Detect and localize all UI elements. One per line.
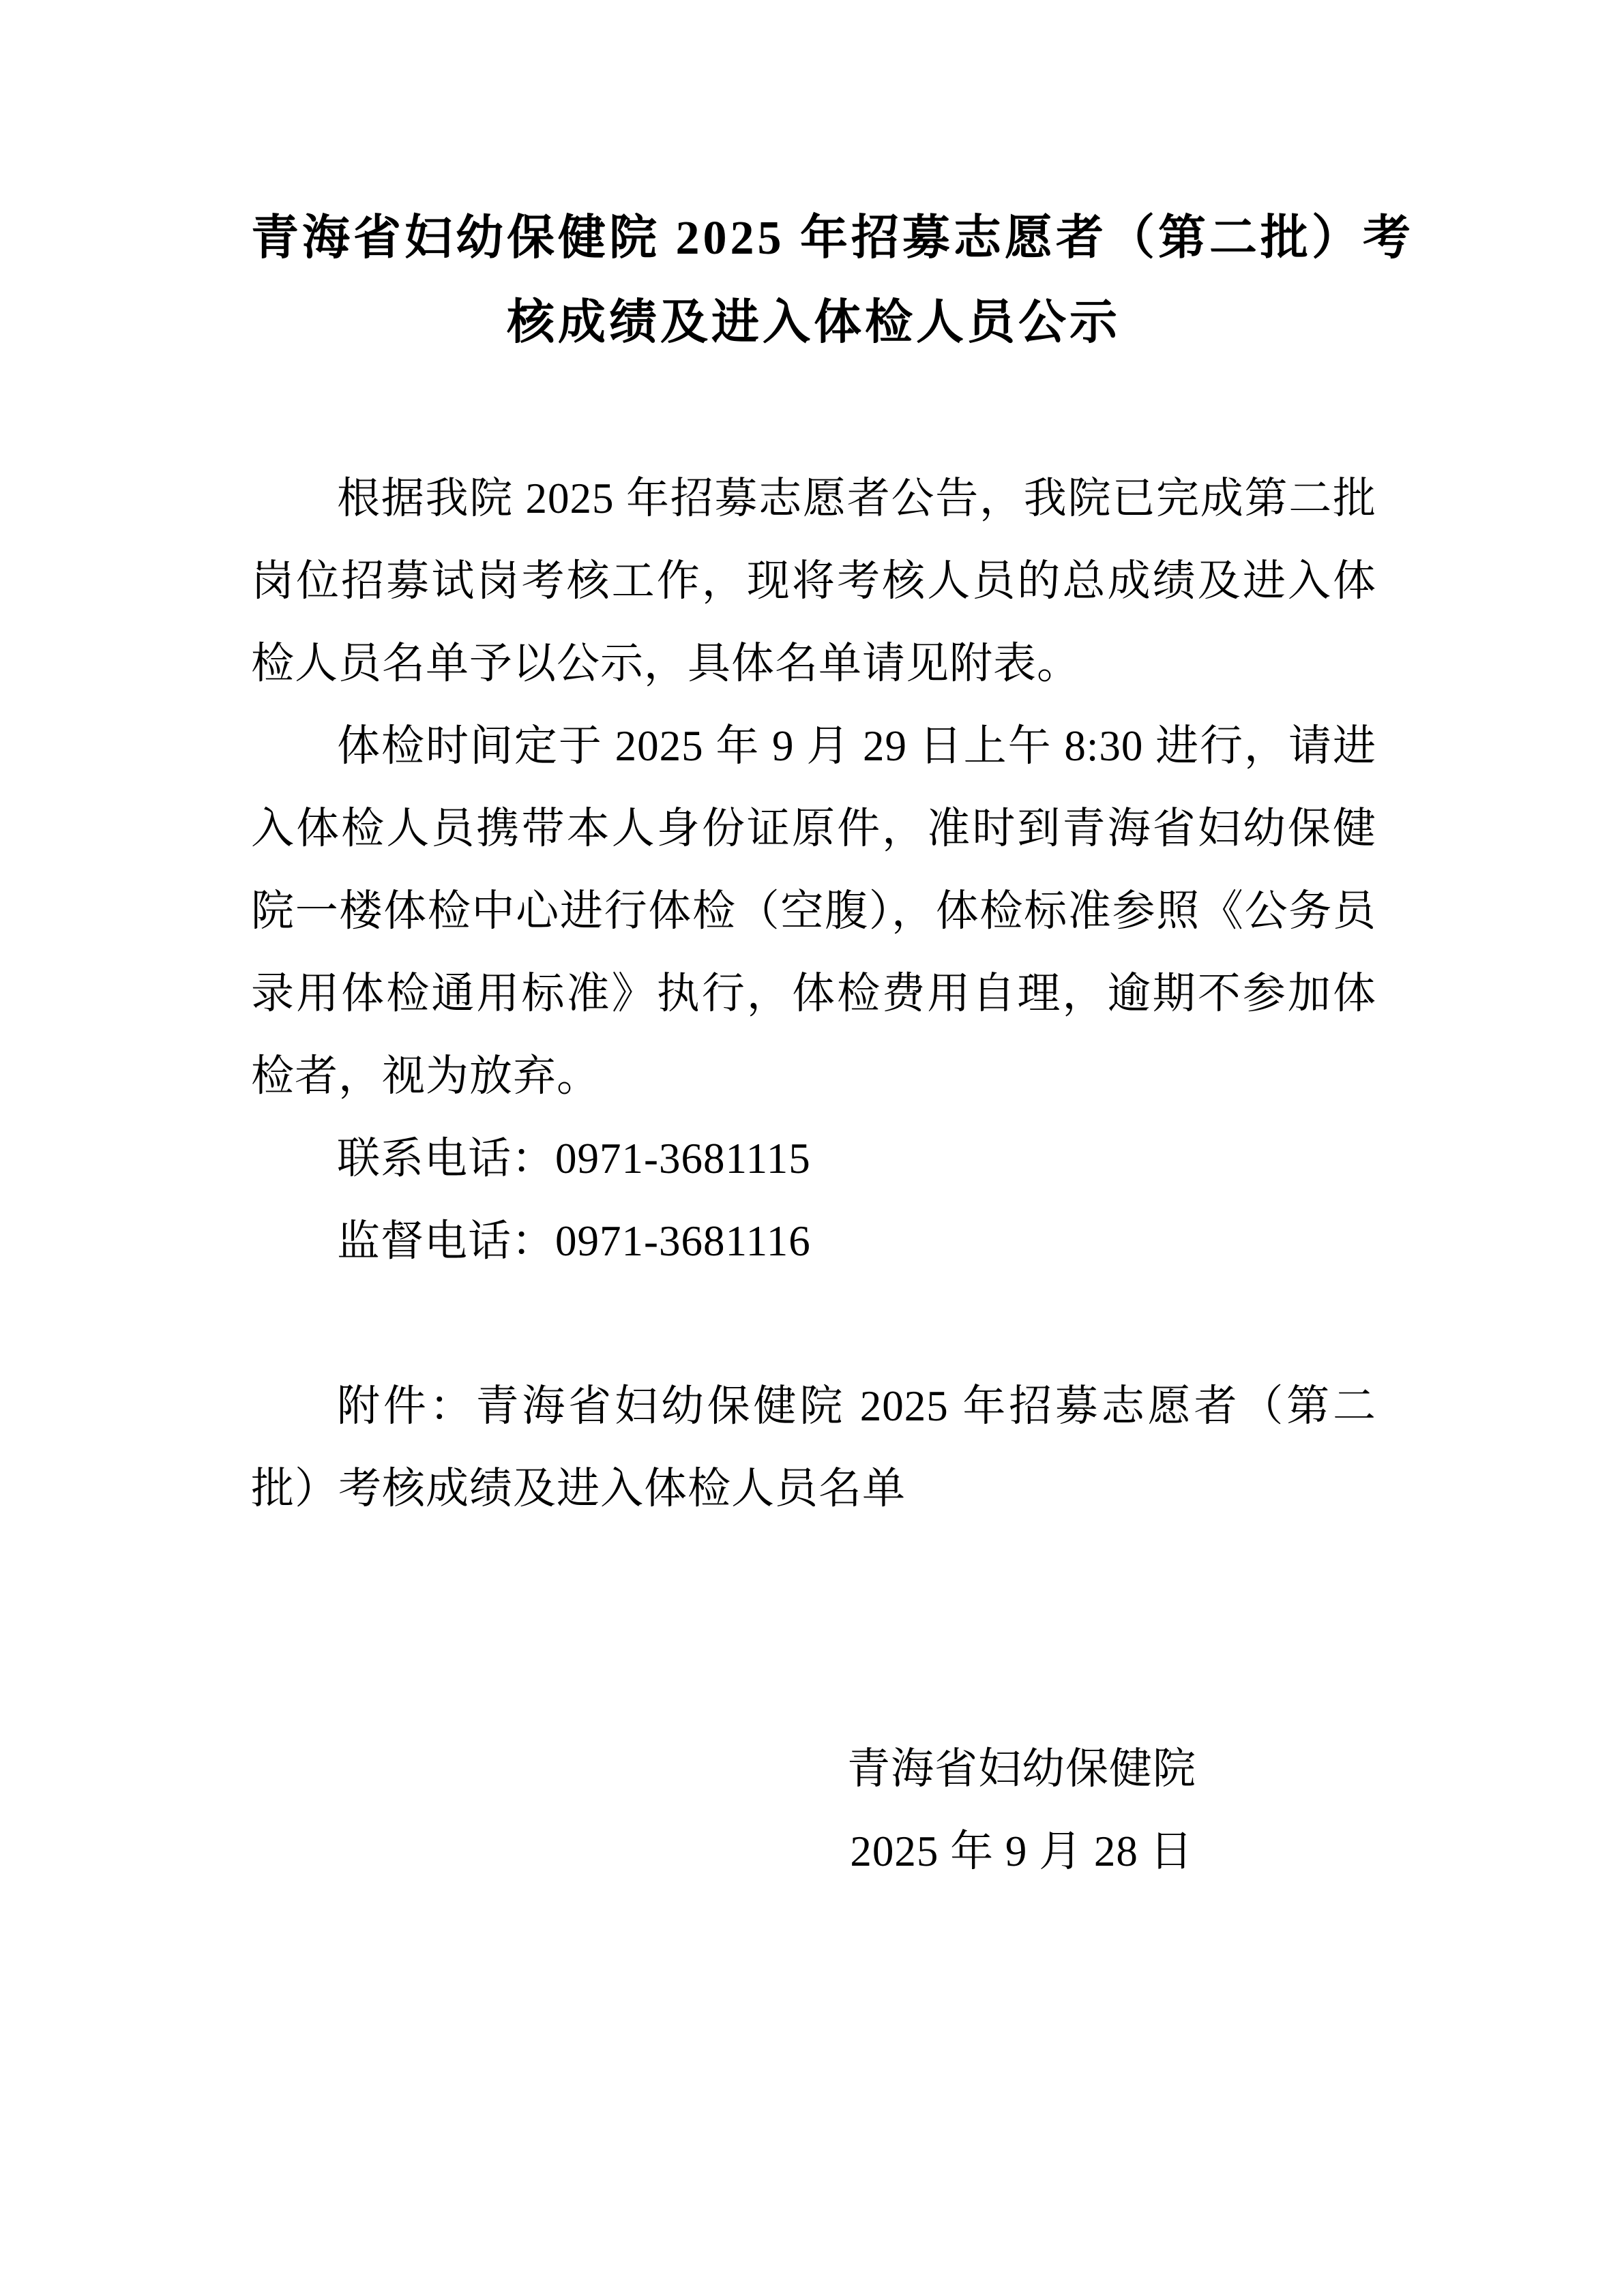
supervision-phone-line: 监督电话：0971-3681116 (251, 1200, 1376, 1283)
contact-phone-line: 联系电话：0971-3681115 (251, 1118, 1376, 1200)
document-title: 青海省妇幼保健院 2025 年招募志愿者（第二批）考 核成绩及进入体检人员公示 (251, 196, 1376, 366)
document-page: 青海省妇幼保健院 2025 年招募志愿者（第二批）考 核成绩及进入体检人员公示 … (0, 0, 1624, 2296)
signature-organization: 青海省妇幼保健院 (810, 1728, 1233, 1810)
attachment-line: 附件：青海省妇幼保健院 2025 年招募志愿者（第二批）考核成绩及进入体检人员名… (251, 1365, 1376, 1530)
title-line-2: 核成绩及进入体检人员公示 (251, 281, 1376, 366)
paragraph-recruitment-summary: 根据我院 2025 年招募志愿者公告，我院已完成第二批岗位招募试岗考核工作，现将… (251, 458, 1376, 705)
title-line-1: 青海省妇幼保健院 2025 年招募志愿者（第二批）考 (251, 196, 1376, 281)
paragraph-exam-details: 体检时间定于 2025 年 9 月 29 日上午 8:30 进行，请进入体检人员… (251, 705, 1376, 1118)
signature-date: 2025 年 9 月 28 日 (810, 1810, 1233, 1893)
signature-block: 青海省妇幼保健院 2025 年 9 月 28 日 (810, 1728, 1233, 1893)
